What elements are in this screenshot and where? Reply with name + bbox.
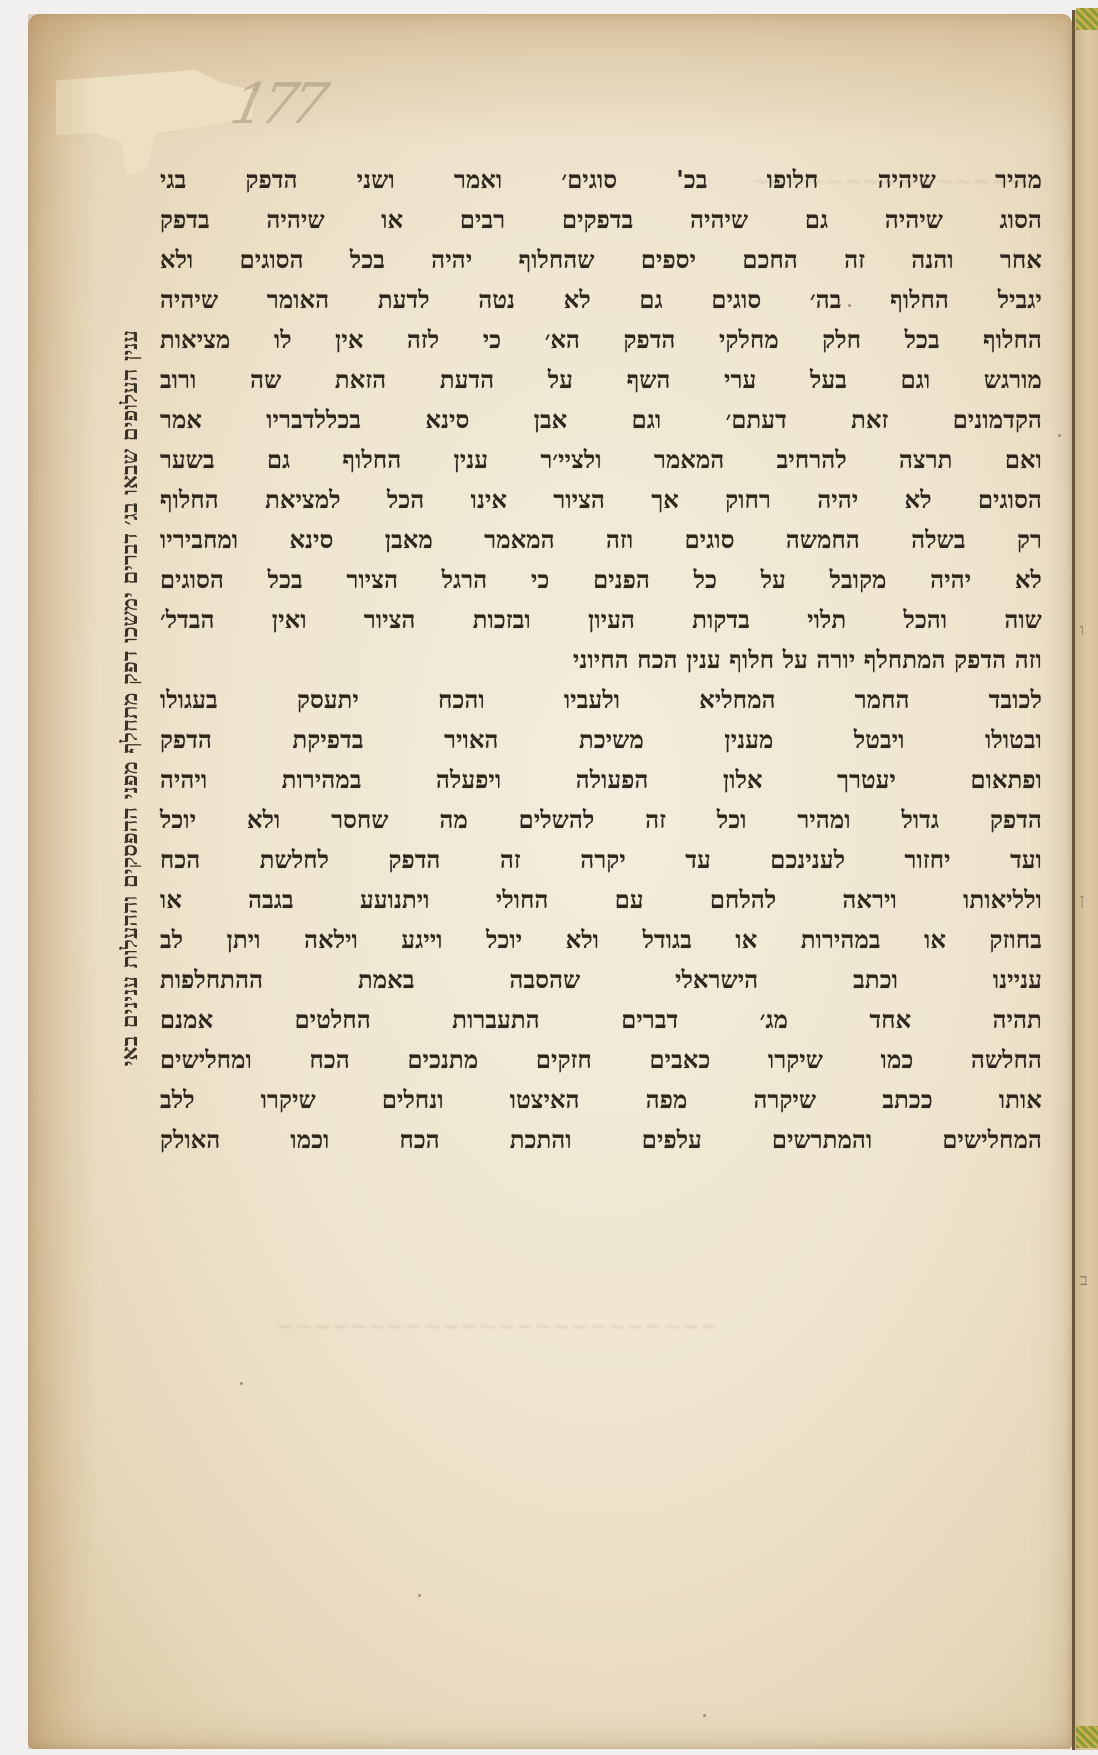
paper-speck (418, 1594, 421, 1597)
binding-thread-top (1076, 8, 1098, 30)
facing-page-edge: ו ן ב (1072, 10, 1098, 1750)
text-line: החלשה כמו שיקרו כאבים חזקים מתנכים הכח ו… (160, 1040, 1042, 1080)
text-line: בחוזק או במהירות או בגודל ולא יוכל וייגע… (160, 920, 1042, 960)
paper-speck (703, 1714, 706, 1717)
text-line: אותו ככתב שיקרה מפה האיצטו ונחלים שיקרו … (160, 1080, 1042, 1120)
text-line: אחר והנה זה החכם יספים שהחלוף יהיה בכל ה… (160, 240, 1042, 280)
text-line: תהיה אחד מג׳ דברים התעברות החלטים אמנם (160, 1000, 1042, 1040)
text-line: ועד יחזור לענינכם עד יקרה זה הדפק לחלשת … (160, 840, 1042, 880)
bleed-through-text: ~~~~~~~~~~~~~~~~~~~~~~~~ (276, 1315, 718, 1340)
text-line: הסוגים לא יהיה רחוק אך הציור אינו הכל למ… (160, 480, 1042, 520)
marginal-gloss-text: ענין העלופים שבאו בג׳ דברים ימשכו דפק מת… (108, 330, 152, 1150)
main-text-block: מהיר שיהיה חלופו בכ' סוגים׳ ואמר ושני הד… (160, 160, 1042, 1160)
text-line: מהיר שיהיה חלופו בכ' סוגים׳ ואמר ושני הד… (160, 160, 1042, 200)
marginal-gloss: ענין העלופים שבאו בג׳ דברים ימשכו דפק מת… (108, 330, 152, 1150)
text-line: ולליאותו ויראה להלחם עם החולי ויתנועע בג… (160, 880, 1042, 920)
text-line: המחלישים והמתרשים עלפים והתכת הכח וכמו ה… (160, 1120, 1042, 1160)
paper-speck (240, 1382, 243, 1385)
text-line: הדפק גדול ומהיר וכל זה להשלים מה שחסר ול… (160, 800, 1042, 840)
text-line: ואם תרצה להרחיב המאמר ולציי׳ר ענין החלוף… (160, 440, 1042, 480)
text-line: החלוף בכל חלק מחלקי הדפק הא׳ כי לזה אין … (160, 320, 1042, 360)
text-line: ובטולו ויבטל מענין משיכת האויר בדפיקת הד… (160, 720, 1042, 760)
text-line: ופתאום יעטרך אלון הפעולה ויפעלה במהירות … (160, 760, 1042, 800)
text-line: לא יהיה מקובל על כל הפנים כי הרגל הציור … (160, 560, 1042, 600)
text-line: וזה הדפק המתחלף יורה על חלוף ענין הכח הח… (160, 640, 1042, 680)
facing-page-glyph: ן (1080, 890, 1084, 910)
text-line: יגביל החלוף בה׳ סוגים גם לא נטה לדעת האו… (160, 280, 1042, 320)
text-line: עניינו וכתב הישראלי שהסבה באמת ההתחלפות (160, 960, 1042, 1000)
binding-thread-bottom (1076, 1726, 1098, 1748)
text-line: הקדמונים זאת דעתם׳ וגם אבן סינא בכללדברי… (160, 400, 1042, 440)
folio-number: 177 (225, 72, 328, 137)
text-line: הסוג שיהיה גם שיהיה בדפקים רבים או שיהיה… (160, 200, 1042, 240)
text-line: שוה והכל תלוי בדקות העיון ובזכות הציור ו… (160, 600, 1042, 640)
facing-page-glyph: ב (1080, 1270, 1088, 1290)
facing-page-glyph: ו (1080, 620, 1084, 640)
text-line: לכובד החמר המחליא ולעביו והכח יתעסק בעגו… (160, 680, 1042, 720)
paper-speck (1058, 434, 1061, 437)
text-line: מורגש וגם בעל ערי השף על הדעת הזאת שה ור… (160, 360, 1042, 400)
text-line: רק בשלה החמשה סוגים וזה המאמר מאבן סינא … (160, 520, 1042, 560)
